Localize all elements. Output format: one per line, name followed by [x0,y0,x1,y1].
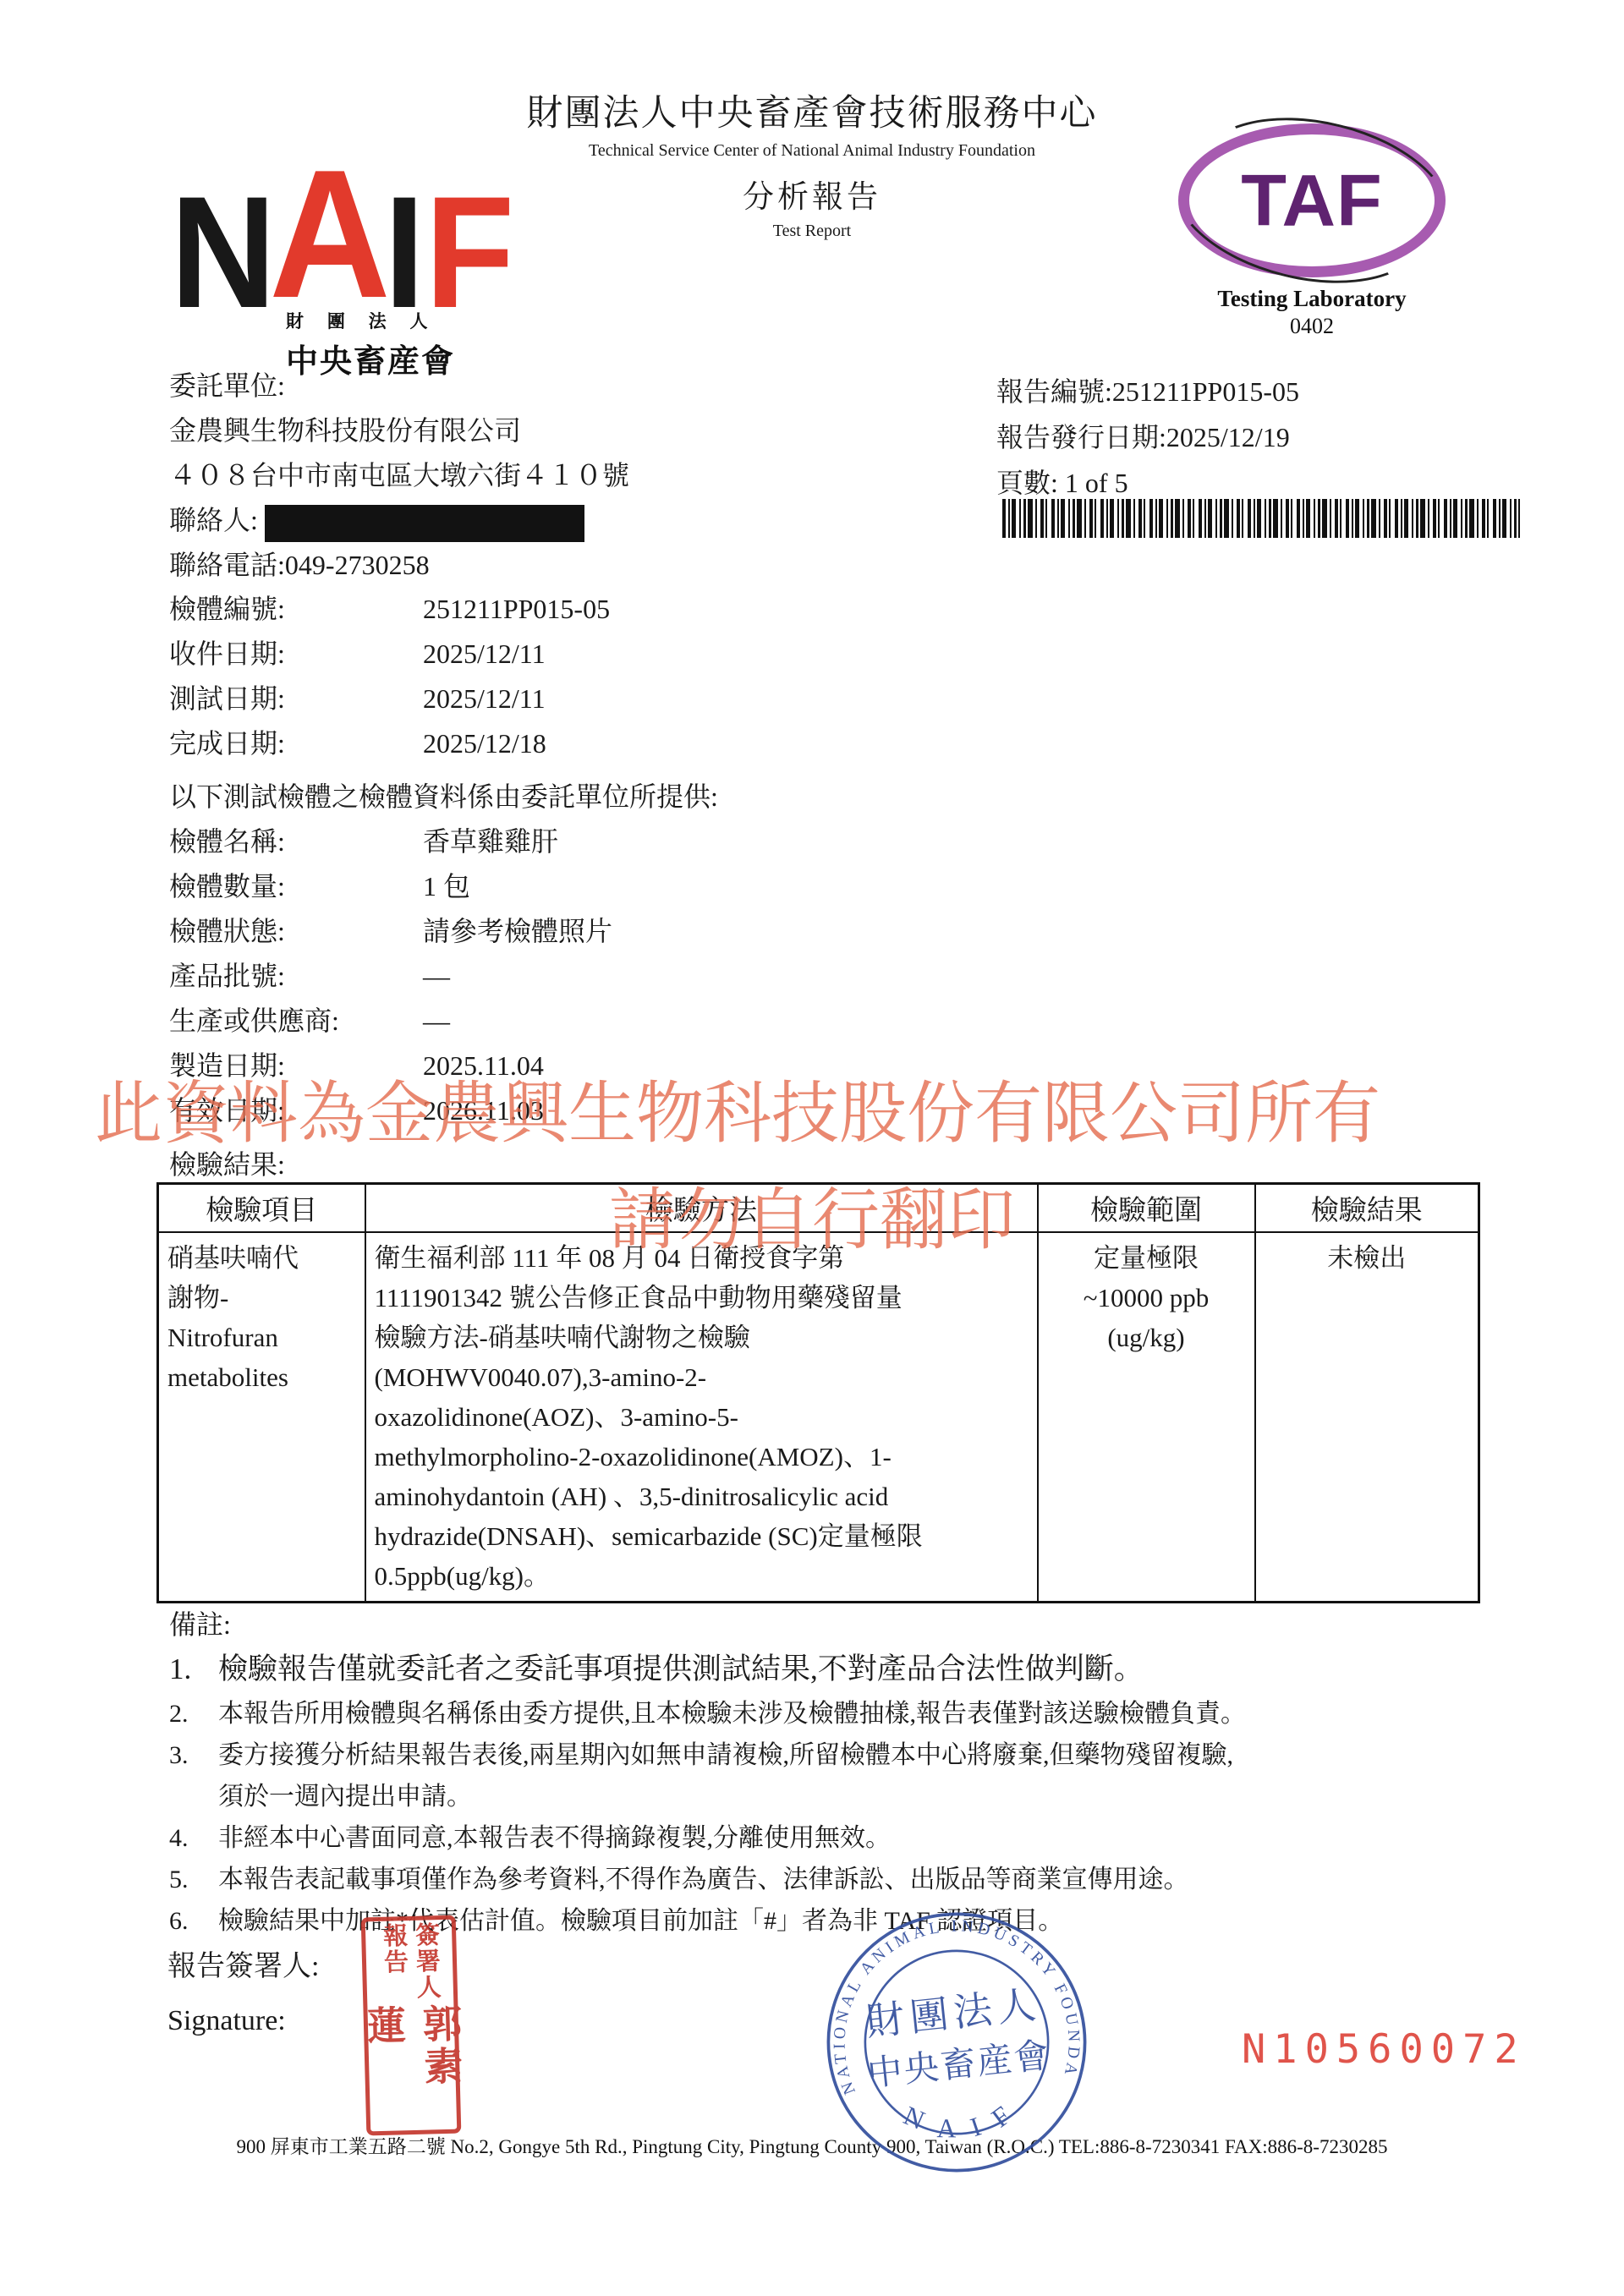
notes-title: 備註: [169,1603,1506,1646]
cell-test-item: 硝基呋喃代 謝物- Nitrofuran metabolites [158,1232,365,1603]
sample-state-value: 請參考檢體照片 [423,916,612,946]
note-item-1: 1.檢驗報告僅就委託者之委託事項提供測試結果,不對產品合法性做判斷。 [169,1646,1506,1693]
exp-date-label: 有效日期: [169,1088,423,1133]
note-number: 4. [169,1817,218,1859]
note-text: 檢驗報告僅就委託者之委託事項提供測試結果,不對產品合法性做判斷。 [218,1646,1506,1693]
client-phone-row: 聯絡電話:049-2730258 [169,543,629,588]
receive-date-value: 2025/12/11 [423,638,546,669]
naif-subtext-line2: 中央畜産會 [286,335,455,381]
report-number-value: 251211PP015-05 [1112,376,1299,407]
signature-block: 報告簽署人: Signature: [167,1945,319,2043]
naif-letter-n: N [170,173,276,332]
red-stamp-title: 報告 簽署人 [379,1921,440,2002]
mfg-date-label: 製造日期: [169,1044,423,1088]
report-number-row: 報告編號:251211PP015-05 [996,369,1299,414]
svg-text:NAIF: NAIF [897,2088,1033,2151]
note-number: 1. [169,1646,218,1693]
footer-address: 900 屏東市工業五路二號 No.2, Gongye 5th Rd., Ping… [0,2131,1624,2159]
test-date-value: 2025/12/11 [423,683,546,714]
batch-value: — [423,961,450,991]
report-meta-block: 報告編號:251211PP015-05 報告發行日期:2025/12/19 頁數… [996,369,1299,506]
table-row: 硝基呋喃代 謝物- Nitrofuran metabolites 衛生福利部 1… [158,1232,1479,1603]
sample-state-label: 檢體狀態: [169,909,423,954]
note-text: 非經本中心書面同意,本報告表不得摘錄複製,分離使用無效。 [218,1817,1506,1859]
note-text: 本報告表記載事項僅作為參考資料,不得作為廣告、法律訴訟、出版品等商業宣傳用途。 [218,1859,1506,1900]
test-report-page: 財團法人中央畜產會技術服務中心 Technical Service Center… [0,0,1624,2296]
test-date-label: 測試日期: [169,677,423,721]
contact-label: 聯絡人: [169,505,258,535]
sample-id-row: 檢體編號:251211PP015-05 [169,587,610,632]
cell-test-range: 定量極限 ~10000 ppb (ug/kg) [1038,1232,1255,1603]
redaction-box [265,505,584,542]
batch-row: 產品批號:— [169,954,718,999]
supplier-row: 生產或供應商:— [169,999,718,1044]
stamp-inner-line1: 財團法人 [864,1982,1043,2043]
barcode [1002,499,1520,538]
naif-logo: N A I F 財 團 法 人 中央畜産會 [166,162,555,365]
red-stamp-col-right: 簽署人 [411,1921,440,2001]
phone-label: 聯絡電話: [169,550,285,580]
client-company: 金農興生物科技股份有限公司 [169,408,629,453]
sample-name-value: 香草雞雞肝 [423,826,558,857]
naif-letter-a: A [269,142,391,325]
complete-date-row: 完成日期:2025/12/18 [169,721,610,766]
sample-qty-row: 檢體數量:1 包 [169,864,718,909]
taf-label: Testing Laboratory [1172,286,1451,312]
issue-date-row: 報告發行日期:2025/12/19 [996,414,1299,460]
supplier-label: 生產或供應商: [169,999,423,1044]
sample-name-label: 檢體名稱: [169,819,423,864]
report-number-label: 報告編號: [996,376,1112,407]
issue-date-label: 報告發行日期: [996,422,1166,452]
page-count-value: 1 of 5 [1058,468,1128,498]
results-table-header-row: 檢驗項目 檢驗方法 檢驗範圍 檢驗結果 [158,1184,1479,1233]
complete-date-value: 2025/12/18 [423,728,546,759]
taf-number: 0402 [1172,314,1451,339]
sample-id-block: 檢體編號:251211PP015-05 收件日期:2025/12/11 測試日期… [169,587,610,766]
supplier-value: — [423,1006,450,1036]
signature-label: Signature: [167,1999,319,2043]
cell-test-result: 未檢出 [1255,1232,1479,1603]
note-number: 2. [169,1693,218,1734]
red-stamp-col-left: 報告 [379,1922,408,2002]
stamp-arc-bottom-text: NAIF [897,2088,1033,2151]
notes-section: 備註: 1.檢驗報告僅就委託者之委託事項提供測試結果,不對產品合法性做判斷。 2… [169,1603,1506,1942]
note-number: 5. [169,1859,218,1900]
receive-date-label: 收件日期: [169,632,423,677]
test-date-row: 測試日期:2025/12/11 [169,677,610,721]
sample-intro: 以下測試檢體之檢體資料係由委託單位所提供: [169,775,718,819]
note-number: 6. [169,1900,218,1942]
note-text: 本報告所用檢體與名稱係由委方提供,且本檢驗未涉及檢體抽樣,報告表僅對該送驗檢體負… [218,1693,1506,1734]
signer-red-stamp: 報告 簽署人 郭素蓮 [361,1915,462,2136]
client-address: ４０８台中市南屯區大墩六街４１０號 [169,453,629,498]
sample-id-label: 檢體編號: [169,587,423,632]
issue-date-value: 2025/12/19 [1166,422,1290,452]
header-test-item: 檢驗項目 [158,1184,365,1233]
note-number: 3. [169,1734,218,1776]
taf-accreditation-logo: TAF Testing Laboratory 0402 [1172,123,1451,339]
sample-name-row: 檢體名稱:香草雞雞肝 [169,819,718,864]
sample-detail-block: 以下測試檢體之檢體資料係由委託單位所提供: 檢體名稱:香草雞雞肝 檢體數量:1 … [169,775,718,1133]
client-contact-row: 聯絡人: [169,498,629,543]
stamp-inner-line2: 中央畜産會 [865,2036,1052,2093]
client-info-block: 委託單位: 金農興生物科技股份有限公司 ４０８台中市南屯區大墩六街４１０號 聯絡… [169,364,629,588]
complete-date-label: 完成日期: [169,721,423,766]
mfg-date-value: 2025.11.04 [423,1050,544,1081]
phone-value: 049-2730258 [285,550,430,580]
signer-name: 郭素蓮 [354,2003,469,2131]
mfg-date-row: 製造日期:2025.11.04 [169,1044,718,1088]
note-text: 委方接獲分析結果報告表後,兩星期內如無申請複檢,所留檢體本中心將廢棄,但藥物殘留… [218,1734,1506,1817]
sample-qty-value: 1 包 [423,871,470,901]
signer-label: 報告簽署人: [167,1945,319,1989]
exp-date-value: 2026.11.03 [423,1095,544,1126]
foundation-circular-stamp: NATIONAL ANIMAL INDUSTRY FOUNDATION NAIF… [809,1894,1104,2189]
taf-ellipse-icon: TAF [1178,123,1446,277]
page-count-label: 頁數: [996,468,1058,498]
sample-id-value: 251211PP015-05 [423,594,610,624]
receive-date-row: 收件日期:2025/12/11 [169,632,610,677]
sample-state-row: 檢體狀態:請參考檢體照片 [169,909,718,954]
note-item-2: 2.本報告所用檢體與名稱係由委方提供,且本檢驗未涉及檢體抽樣,報告表僅對該送驗檢… [169,1693,1506,1734]
exp-date-row: 有效日期:2026.11.03 [169,1088,718,1133]
naif-logo-subtext: 財 團 法 人 中央畜産會 [286,308,455,381]
circular-stamp-svg: NATIONAL ANIMAL INDUSTRY FOUNDATION NAIF… [809,1894,1104,2189]
header-test-result: 檢驗結果 [1255,1184,1479,1233]
batch-label: 產品批號: [169,954,423,999]
header-test-range: 檢驗範圍 [1038,1184,1255,1233]
note-item-3: 3.委方接獲分析結果報告表後,兩星期內如無申請複檢,所留檢體本中心將廢棄,但藥物… [169,1734,1506,1817]
cell-test-method: 衛生福利部 111 年 08 月 04 日衛授食字第 1111901342 號公… [365,1232,1038,1603]
taf-logo-text: TAF [1241,158,1383,243]
sample-qty-label: 檢體數量: [169,864,423,909]
serial-number: N10560072 [1242,2026,1526,2073]
note-item-4: 4.非經本中心書面同意,本報告表不得摘錄複製,分離使用無效。 [169,1817,1506,1859]
header-test-method: 檢驗方法 [365,1184,1038,1233]
results-table: 檢驗項目 檢驗方法 檢驗範圍 檢驗結果 硝基呋喃代 謝物- Nitrofuran… [156,1182,1480,1603]
results-section-label: 檢驗結果: [169,1143,285,1182]
naif-subtext-line1: 財 團 法 人 [286,308,455,333]
note-item-5: 5.本報告表記載事項僅作為參考資料,不得作為廣告、法律訴訟、出版品等商業宣傳用途… [169,1859,1506,1900]
